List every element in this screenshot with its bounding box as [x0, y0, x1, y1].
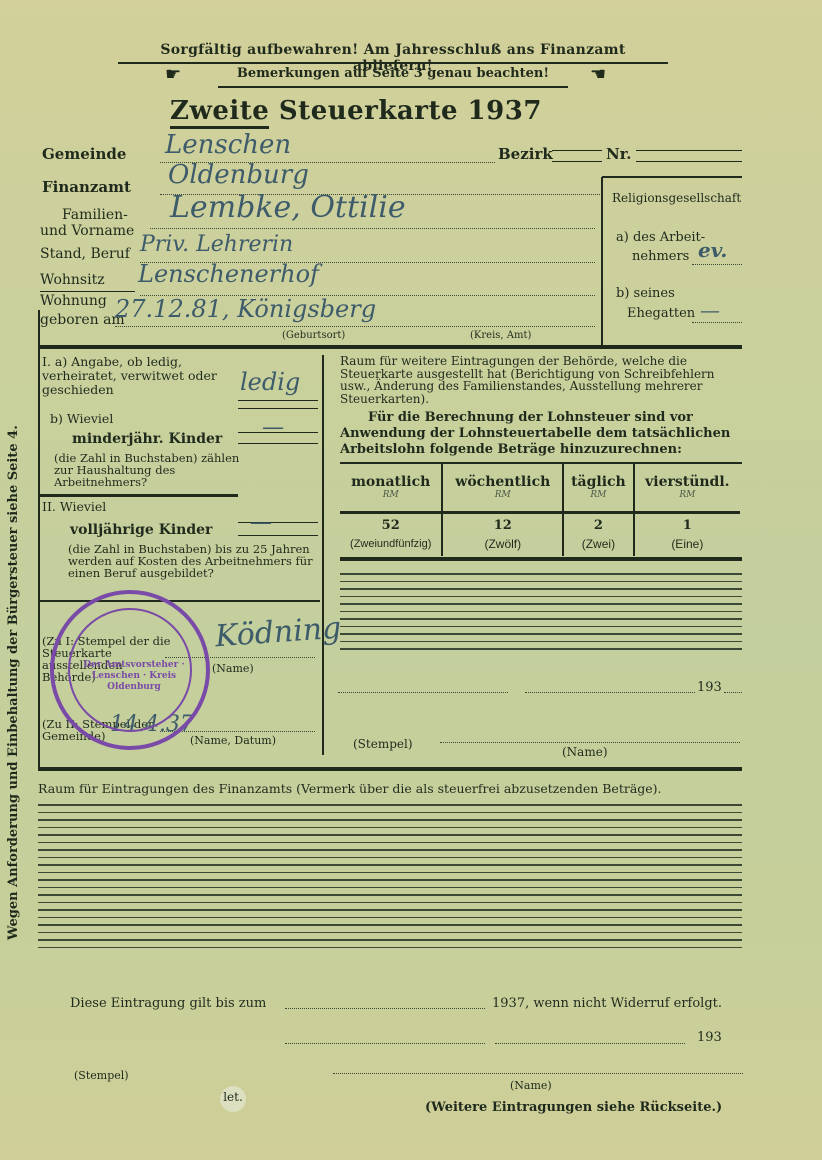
cell-monthly: 52(Zweiundfünfzig)	[340, 513, 442, 557]
finanzamt-section-title: Raum für Eintragungen des Finanzamts (Ve…	[38, 781, 662, 796]
divider	[602, 176, 742, 178]
name-field[interactable]	[150, 228, 595, 229]
official-stamp: Der Amtsvorsteher · Lenschen · Kreis Old…	[50, 590, 210, 750]
col-header-daily: täglichRM	[563, 463, 634, 513]
gemeinde-label: Gemeinde	[42, 145, 126, 163]
note-header: Bemerkungen auf Seite 3 genau beachten!	[228, 66, 558, 81]
geboren-value: 27.12.81, Königsberg	[115, 295, 376, 323]
divider	[340, 557, 742, 561]
pointing-hand-left-icon: ☚	[590, 64, 606, 85]
cancelled-lines	[340, 573, 742, 656]
finanzamt-lines	[38, 804, 742, 954]
validity-prefix: Diese Eintragung gilt bis zum	[70, 996, 266, 1011]
minor-children-question: (die Zahl in Buchstaben) zählen zur Haus…	[54, 452, 244, 488]
beruf-value: Priv. Lehrerin	[140, 232, 293, 257]
section-divider	[38, 345, 742, 349]
name-date-caption: (Name, Datum)	[190, 734, 276, 747]
year-field[interactable]	[724, 692, 742, 693]
pointing-hand-right-icon: ☛	[165, 64, 181, 85]
adult-children-question: (die Zahl in Buchstaben) bis zu 25 Jahre…	[68, 543, 318, 579]
religion-b-field[interactable]	[692, 322, 742, 323]
footer-year-suffix: 193	[697, 1030, 722, 1045]
religion-a-value: ev.	[698, 238, 727, 262]
wohnsitz-label: Wohnsitz	[40, 272, 105, 288]
minor-children-label: b) Wieviel	[50, 412, 113, 426]
religion-a-label-1: a) des Arbeit-	[616, 230, 705, 245]
marital-status-question: I. a) Angabe, ob ledig, verheiratet, ver…	[42, 355, 242, 397]
divider	[40, 494, 238, 497]
col-header-4hourly: vierstündl.RM	[634, 463, 740, 513]
divider	[40, 600, 320, 602]
religion-b-value: —	[700, 298, 720, 322]
adult-children-label: II. Wieviel	[42, 500, 106, 514]
validity-date-field[interactable]	[285, 1008, 485, 1009]
adult-children-bold: volljährige Kinder	[70, 522, 212, 538]
religion-title: Religionsgesellschaft	[612, 191, 741, 205]
minor-children-value: —	[262, 415, 284, 440]
place-field[interactable]	[338, 692, 508, 693]
geboren-field[interactable]	[115, 326, 595, 327]
name-value: Lembke, Ottilie	[170, 190, 406, 225]
continue-note: (Weitere Eintragungen siehe Rückseite.)	[425, 1100, 722, 1115]
cell-weekly: 12(Zwölf)	[442, 513, 563, 557]
religion-b-label-2: Ehegatten	[627, 306, 695, 321]
abbrev-mark: let.	[220, 1086, 246, 1112]
bezirk-label: Bezirk	[498, 145, 553, 163]
geburtsort-caption: (Geburtsort)	[282, 330, 345, 341]
validity-suffix: 1937, wenn nicht Widerruf erfolgt.	[492, 996, 722, 1011]
cell-4hourly: 1(Eine)	[634, 513, 740, 557]
col-header-weekly: wöchentlichRM	[442, 463, 563, 513]
finanzamt-label: Finanzamt	[42, 178, 131, 196]
religion-a-field[interactable]	[692, 264, 742, 265]
footer-stempel-caption: (Stempel)	[74, 1069, 129, 1082]
divider	[118, 62, 668, 64]
finanzamt-value: Oldenburg	[168, 160, 309, 190]
name-label-1: Familien-	[62, 207, 128, 223]
col-header-monthly: monatlichRM	[340, 463, 442, 513]
side-note: Wegen Anforderung und Einbehaltung der B…	[6, 250, 21, 940]
footer-name-field[interactable]	[333, 1073, 743, 1074]
divider	[38, 349, 40, 769]
gemeinde-value: Lenschen	[165, 130, 291, 160]
date-field[interactable]	[525, 692, 695, 693]
wohnung-label: Wohnung	[40, 293, 107, 309]
footer-date-field[interactable]	[495, 1043, 685, 1044]
wohnsitz-value: Lenschenerhof	[138, 260, 319, 288]
adult-children-value: —	[250, 510, 272, 535]
authority-bold-note: Für die Berechnung der Lohnsteuer sind v…	[340, 410, 742, 458]
footer-place-field[interactable]	[285, 1043, 485, 1044]
authority-name-field[interactable]	[440, 742, 740, 743]
section-divider	[38, 767, 742, 771]
religion-b-label-1: b) seines	[616, 286, 675, 301]
divider	[322, 355, 324, 755]
stempel-caption: (Stempel)	[353, 737, 413, 751]
divider	[218, 86, 568, 88]
footer-name-caption: (Name)	[510, 1079, 552, 1092]
authority-name-caption: (Name)	[562, 745, 608, 759]
title-main: Steuerkarte 1937	[279, 96, 542, 126]
beruf-label: Stand, Beruf	[40, 246, 130, 262]
name-label-2: und Vorname	[40, 223, 134, 239]
cell-daily: 2(Zwei)	[563, 513, 634, 557]
minor-children-bold: minderjähr. Kinder	[72, 431, 222, 447]
year-suffix: 193	[697, 680, 722, 695]
table-row: 52(Zweiundfünfzig) 12(Zwölf) 2(Zwei) 1(E…	[340, 513, 740, 557]
nr-field[interactable]	[636, 150, 742, 162]
title-prefix: Zweite	[170, 96, 269, 129]
name-caption-1: (Name)	[212, 662, 254, 675]
surcharge-table: monatlichRM wöchentlichRM täglichRM vier…	[340, 463, 740, 556]
divider	[40, 291, 135, 292]
kreis-caption: (Kreis, Amt)	[470, 330, 531, 341]
marital-status-field[interactable]	[238, 400, 318, 409]
nr-label: Nr.	[606, 145, 631, 163]
divider	[38, 310, 40, 345]
marital-status-value: ledig	[240, 368, 300, 396]
divider	[601, 177, 603, 345]
stamp-text: Der Amtsvorsteher · Lenschen · Kreis Old…	[74, 660, 194, 693]
geboren-label: geboren am	[40, 312, 125, 328]
bezirk-field[interactable]	[552, 150, 602, 162]
religion-a-label-2: nehmers	[632, 249, 689, 264]
authority-intro: Raum für weitere Eintragungen der Behörd…	[340, 355, 742, 405]
page-title: Zweite Steuerkarte 1937	[170, 96, 542, 126]
